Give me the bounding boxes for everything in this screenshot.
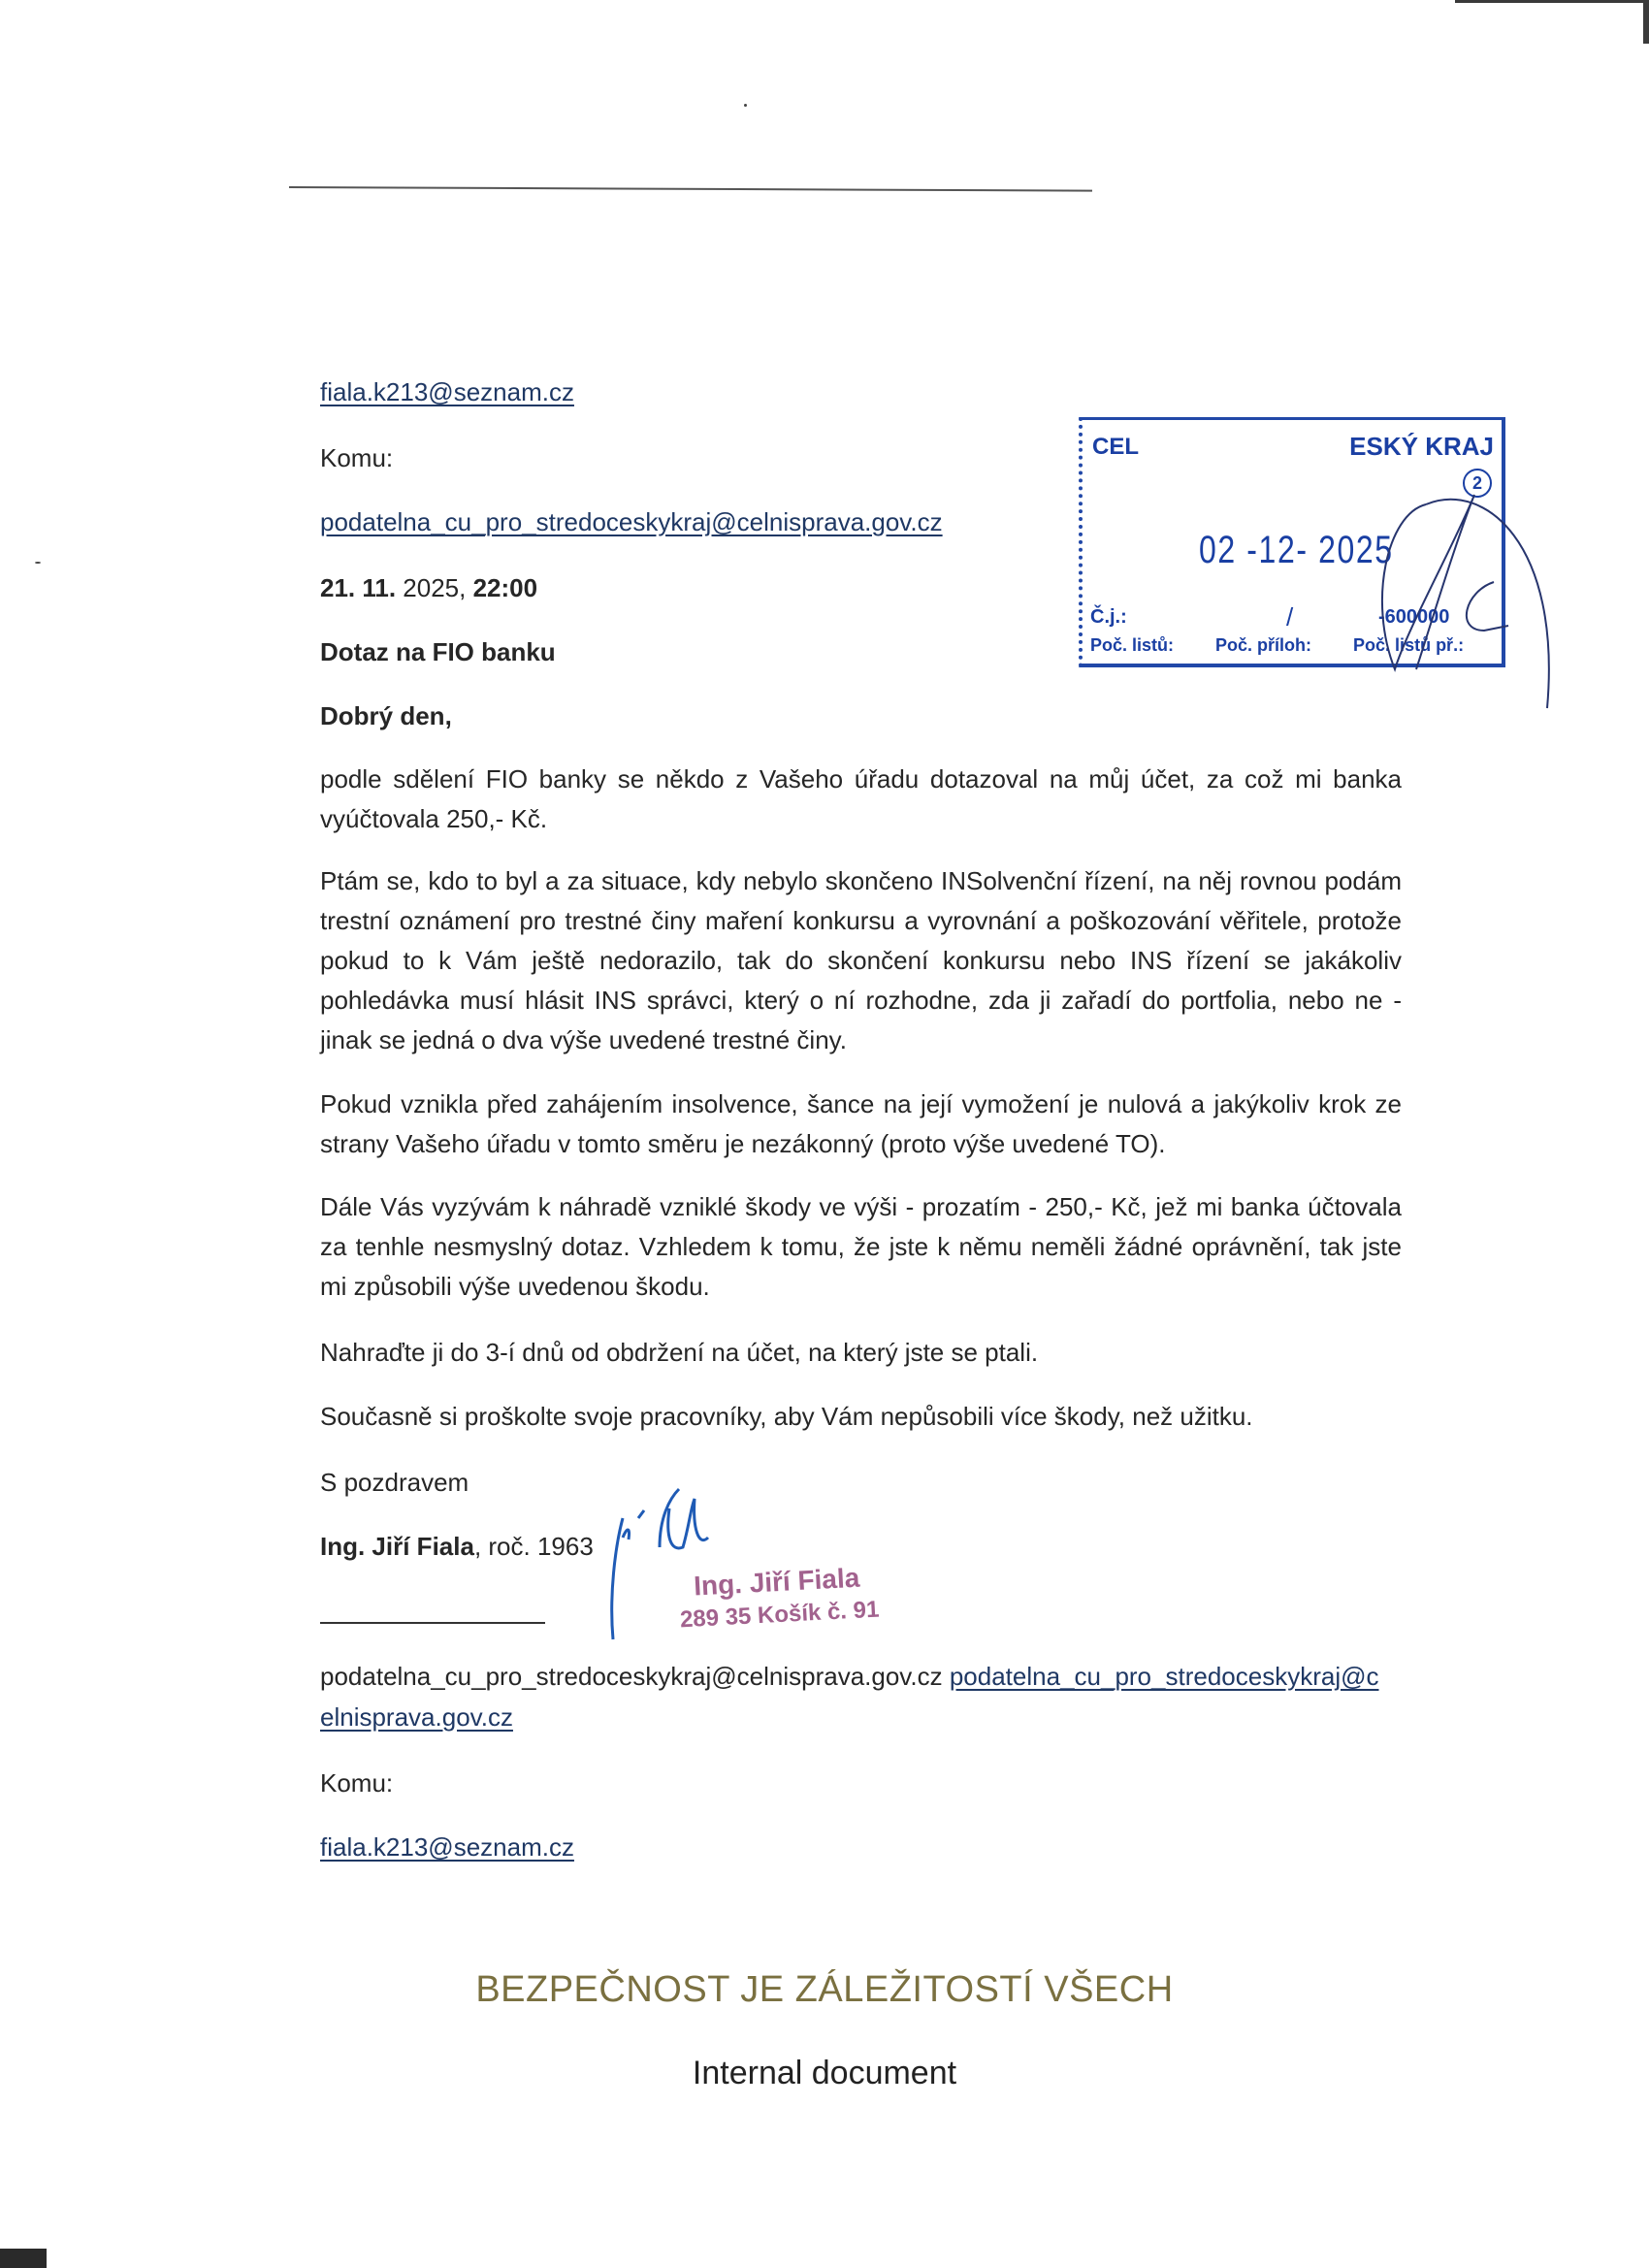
body-paragraph: Ptám se, kdo to byl a za situace, kdy ne… bbox=[320, 861, 1402, 1060]
stamp-count-sheets: Poč. listů: bbox=[1090, 635, 1174, 655]
stamp-header-left: CEL bbox=[1092, 434, 1139, 461]
scan-speck bbox=[744, 104, 747, 107]
scan-edge-right bbox=[1643, 0, 1649, 44]
stamp-header-right: ESKÝ KRAJ bbox=[1349, 432, 1494, 462]
signer-name: Ing. Jiří Fiala bbox=[320, 1532, 474, 1561]
header-divider bbox=[289, 186, 1092, 192]
signer: Ing. Jiří Fiala, roč. 1963 bbox=[320, 1527, 594, 1566]
signature-line bbox=[320, 1622, 545, 1624]
address-stamp: Ing. Jiří Fiala 289 35 Košík č. 91 bbox=[677, 1562, 880, 1635]
quoted-from-link-continued[interactable]: elnisprava.gov.cz bbox=[320, 1698, 513, 1736]
stamp-initials-icon bbox=[1368, 485, 1562, 718]
stamp-cj-slash: / bbox=[1286, 602, 1293, 632]
email-subject: Dotaz na FIO banku bbox=[320, 632, 556, 671]
to-email-link[interactable]: podatelna_cu_pro_stredoceskykraj@celnisp… bbox=[320, 502, 943, 541]
footer-slogan: BEZPEČNOST JE ZÁLEŽITOSTÍ VŠECH bbox=[0, 1969, 1649, 2011]
stamp-cj-label: Č.j.: bbox=[1090, 606, 1127, 629]
address-stamp-address: 289 35 Košík č. 91 bbox=[679, 1597, 880, 1635]
body-paragraph: podle sdělení FIO banky se někdo z Vašeh… bbox=[320, 760, 1402, 839]
sent-date-time: 22:00 bbox=[466, 573, 537, 602]
stamp-date: 02 -12- 2025 bbox=[1199, 529, 1394, 572]
signer-birth-year: , roč. 1963 bbox=[474, 1532, 594, 1561]
quoted-to-link[interactable]: fiala.k213@seznam.cz bbox=[320, 1828, 574, 1866]
scan-edge-corner bbox=[0, 2249, 47, 2268]
quoted-from-link[interactable]: podatelna_cu_pro_stredoceskykraj@c bbox=[950, 1662, 1379, 1691]
body-paragraph: Dále Vás vyzývám k náhradě vzniklé škody… bbox=[320, 1187, 1402, 1307]
body-paragraph: Současně si proškolte svoje pracovníky, … bbox=[320, 1397, 1402, 1437]
from-email-link[interactable]: fiala.k213@seznam.cz bbox=[320, 373, 574, 411]
body-paragraph: Nahraďte ji do 3-í dnů od obdržení na úč… bbox=[320, 1333, 1402, 1373]
sent-date-day: 21. 11. bbox=[320, 573, 396, 602]
stamp-count-attachments: Poč. příloh: bbox=[1215, 635, 1311, 655]
scanned-page: fiala.k213@seznam.cz Komu: podatelna_cu_… bbox=[0, 0, 1649, 2268]
document-classification: Internal document bbox=[0, 2055, 1649, 2092]
to-label: Komu: bbox=[320, 438, 393, 477]
quoted-to-label: Komu: bbox=[320, 1764, 393, 1802]
scan-edge-top bbox=[1455, 0, 1649, 3]
quoted-from: podatelna_cu_pro_stredoceskykraj@celnisp… bbox=[320, 1657, 1379, 1696]
scan-speck bbox=[35, 562, 41, 564]
quoted-from-plain: podatelna_cu_pro_stredoceskykraj@celnisp… bbox=[320, 1662, 943, 1691]
closing: S pozdravem bbox=[320, 1463, 469, 1502]
body-paragraph: Pokud vznikla před zahájením insolvence,… bbox=[320, 1085, 1402, 1164]
sent-date-year: 2025, bbox=[396, 573, 466, 602]
greeting: Dobrý den, bbox=[320, 697, 452, 735]
sent-date: 21. 11. 2025, 22:00 bbox=[320, 568, 537, 607]
